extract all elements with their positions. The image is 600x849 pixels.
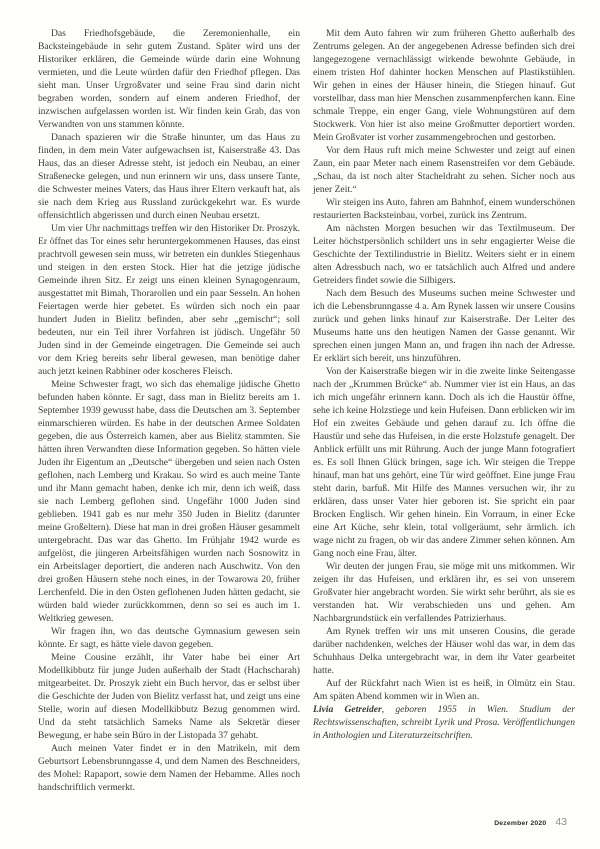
paragraph: Das Friedhofsgebäude, die Zeremonienhall… (38, 27, 300, 131)
page-number: 43 (555, 816, 567, 828)
issue-date: Dezember 2020 (494, 820, 546, 827)
paragraph: Mit dem Auto fahren wir zum früheren Ghe… (313, 27, 575, 144)
paragraph: Meine Cousine erzählt, ihr Vater habe be… (38, 651, 300, 742)
page-footer: Dezember 2020 43 (494, 816, 567, 828)
paragraph: Wir fragen ihn, wo das deutsche Gymnasiu… (38, 625, 300, 651)
paragraph: Auf der Rückfahrt nach Wien ist es heiß,… (313, 677, 575, 703)
author-name: Livia Getreider (313, 704, 382, 715)
paragraph: Danach spazieren wir die Straße hinunter… (38, 131, 300, 222)
paragraph: Wir deuten der jungen Frau, sie möge mit… (313, 560, 575, 625)
right-column: Mit dem Auto fahren wir zum früheren Ghe… (313, 27, 575, 794)
left-column: Das Friedhofsgebäude, die Zeremonienhall… (38, 27, 300, 794)
paragraph: Meine Schwester fragt, wo sich das ehema… (38, 378, 300, 625)
paragraph: Um vier Uhr nachmittags treffen wir den … (38, 222, 300, 378)
text-columns: Das Friedhofsgebäude, die Zeremonienhall… (38, 27, 575, 794)
author-bio: Livia Getreider, geboren 1955 in Wien. S… (313, 703, 575, 742)
paragraph: Auch meinen Vater findet er in den Matri… (38, 742, 300, 794)
paragraph: Von der Kaiserstraße biegen wir in die z… (313, 365, 575, 560)
paragraph: Am nächsten Morgen besuchen wir das Text… (313, 222, 575, 287)
paragraph: Nach dem Besuch des Museums suchen meine… (313, 287, 575, 365)
paragraph: Wir steigen ins Auto, fahren am Bahnhof,… (313, 196, 575, 222)
paragraph: Vor dem Haus ruft mich meine Schwester u… (313, 144, 575, 196)
paragraph: Am Rynek treffen wir uns mit unseren Cou… (313, 625, 575, 677)
magazine-page: Das Friedhofsgebäude, die Zeremonienhall… (0, 0, 600, 849)
